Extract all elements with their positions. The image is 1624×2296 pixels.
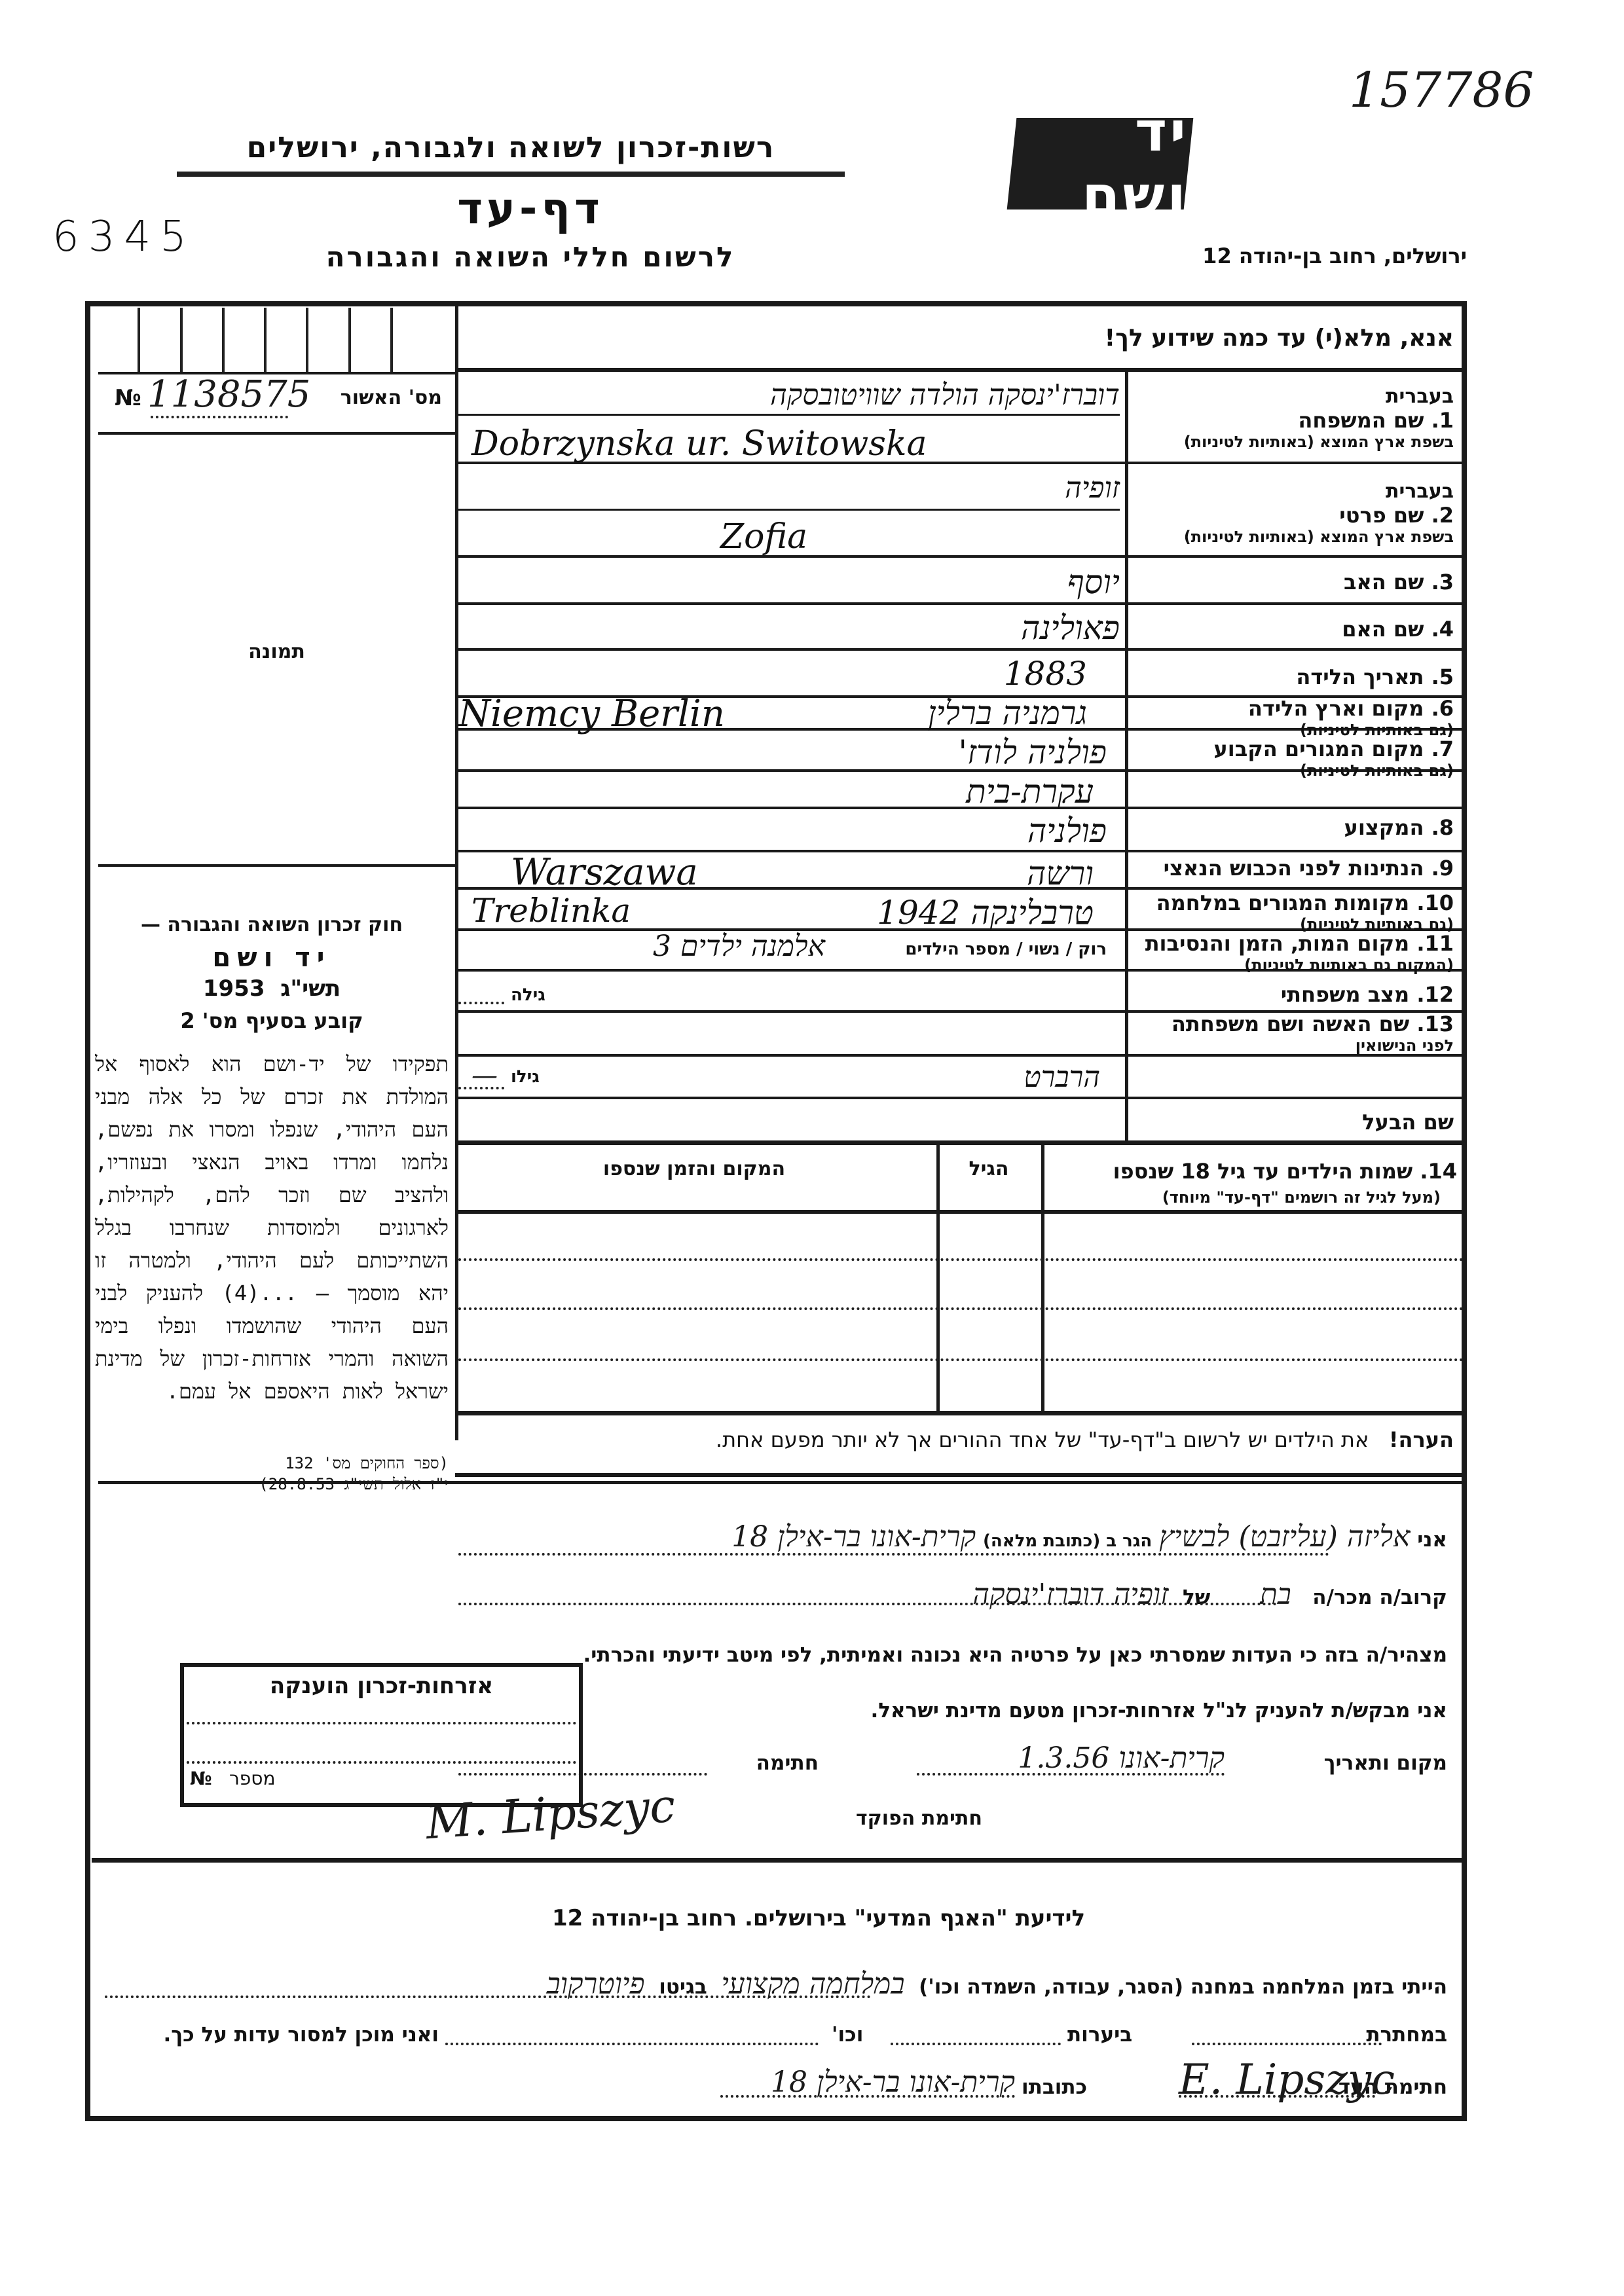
field-1-latin-value[interactable]: Dobrzynska ur. Switowska: [471, 424, 927, 464]
stamp-number-label: מספר: [229, 1768, 275, 1789]
logo-text: יד ושם: [1012, 100, 1189, 228]
row-line: [458, 555, 1464, 558]
decl-prefix: אני: [1417, 1528, 1447, 1552]
children-num: 14.: [1420, 1159, 1457, 1184]
children-bottom-rule: [455, 1411, 1467, 1415]
field-11-num: 11.: [1416, 931, 1454, 956]
field-12-num: 12.: [1416, 982, 1454, 1007]
children-col-divider: [1041, 1144, 1044, 1413]
law-body: תפקידו של יד-ושם הוא לאסוף אל המולדת את …: [95, 1048, 449, 1408]
stamp-box-line[interactable]: [187, 1722, 576, 1724]
row-line: [458, 602, 1464, 605]
witness-address-line: [720, 2095, 1015, 2098]
field-4-label: 4. שם האם: [1126, 617, 1454, 642]
declaration-line-1: אני אליזה (עליזבט) לבשיץ הגר ב (כתובת מל…: [731, 1520, 1447, 1554]
row-line: [458, 414, 1120, 416]
stamp-no-symbol: №: [190, 1768, 212, 1789]
row-line: [458, 648, 1464, 651]
code-boxes: [98, 308, 432, 373]
law-logo: יד ושם: [95, 943, 449, 973]
info-camp-label: הייתי בזמן המלחמה במחנה (הסגר, עבודה, הש…: [919, 1975, 1447, 1999]
field-13-title: שם האשה ושם משפחתה: [1172, 1011, 1409, 1036]
field-8-value[interactable]: עקרת-בית: [465, 773, 1094, 811]
field-3-label: 3. שם האב: [1126, 570, 1454, 594]
field-9-title: הנתינות לפני הכבוש הנאצי: [1164, 856, 1424, 881]
children-note: הערה! את הילדים יש לרשום ב"דף-עד" של אחד…: [465, 1427, 1454, 1452]
field-11-title: מקום המות, הזמן והנסיבות: [1145, 931, 1409, 956]
field-2-num: 2.: [1431, 503, 1454, 528]
field-2-latin-hint: בשפת ארץ המוצא (באותיות לטיניות): [1126, 528, 1454, 546]
note-label: הערה!: [1389, 1427, 1454, 1452]
field-13-age-label: גילה: [511, 985, 545, 1005]
certificate-underline: [151, 416, 288, 418]
decl-victim-name[interactable]: זופיה דוברז'ינסקה: [972, 1578, 1168, 1611]
field-10-label: 10. מקומות המגורים במלחמה(גם באותיות לטי…: [1126, 890, 1454, 934]
field-7-value[interactable]: פולניה לודז': [465, 733, 1107, 771]
header-rule: [177, 172, 845, 177]
row-line: [458, 509, 1120, 511]
field-3-title: שם האב: [1344, 570, 1424, 594]
field-1-latin-hint: בשפת ארץ המוצא (באותיות לטיניות): [1126, 433, 1454, 451]
organization-name: רשות-זכרון לשואה ולגבורה, ירושלים: [177, 131, 845, 164]
row-line: [458, 1097, 1464, 1099]
field-8-num: 8.: [1431, 815, 1454, 840]
children-header-rule: [458, 1210, 1464, 1214]
field-1-hebrew-value[interactable]: דוברז'ינסקה הולדה שוויטובסקה: [465, 378, 1120, 412]
field-4-value[interactable]: פאולינה: [465, 609, 1120, 647]
archive-number: 157786: [1349, 62, 1534, 118]
field-11-hint: (המקום גם באותיות לטיניות): [1126, 956, 1454, 974]
info-line-1-underline: [105, 1995, 871, 1998]
field-2-hebrew-value[interactable]: זופיה: [465, 471, 1120, 505]
field-7-label: 7. מקום המגורים הקבוע(גם באותיות לטיניות…: [1126, 737, 1454, 780]
field-6-label: 6. מקום וארץ הלידה(גם באותיות לטיניות): [1126, 696, 1454, 739]
children-col-divider: [936, 1144, 940, 1413]
left-panel-divider: [455, 304, 458, 1440]
field-2-hebrew-tag: בעברית: [1386, 480, 1454, 503]
underground-line[interactable]: [1192, 2043, 1382, 2045]
field-8-label: 8. המקצוע: [1126, 815, 1454, 840]
field-5-label: 5. תאריך הלידה: [1126, 665, 1454, 689]
field-10-title: מקומות המגורים במלחמה: [1156, 890, 1410, 915]
place-date-label: מקום ותאריך: [1324, 1751, 1447, 1775]
yad-vashem-logo: יד ושם: [1007, 118, 1194, 210]
signature-label: חתימה: [720, 1751, 819, 1775]
field-9-value[interactable]: פולניה: [465, 812, 1107, 850]
decl-relation-label: קרוב/ה מכר/ה: [1312, 1586, 1447, 1609]
header-address: ירושלים, רחוב בן-יהודה 12: [1008, 244, 1467, 268]
instruction-text: אנא, מלא(י) עד כמה שידוע לך!: [458, 309, 1454, 368]
certificate-rule: [98, 432, 455, 435]
field-13-age-line: [458, 1002, 504, 1004]
official-signature-label: חתימת הפוקד: [733, 1807, 982, 1830]
children-subtitle: (מעל לגיל זה רושמים "דף-עד" מיוחד): [1048, 1188, 1441, 1207]
field-9-num: 9.: [1431, 856, 1454, 881]
photo-rule: [98, 864, 455, 867]
decl-address-label: הגר ב (כתובת מלאה): [983, 1531, 1152, 1551]
field-4-title: שם האם: [1342, 617, 1424, 642]
law-ref-1: (ספר החוקים מס' 132: [95, 1453, 449, 1473]
law-section: קובע בסעיף מס' 2: [95, 1008, 449, 1033]
decl-relation-value[interactable]: בת: [1260, 1578, 1291, 1611]
field-11-latin-value[interactable]: Treblinka: [471, 892, 631, 930]
form-subtitle: לרשום חללי השואה והגבורה: [262, 241, 799, 273]
husband-name-value[interactable]: הרברט: [465, 1061, 1100, 1094]
children-row-line[interactable]: [458, 1307, 1464, 1310]
field-12-label: 12. מצב משפחתי: [1126, 982, 1454, 1007]
note-rule: [455, 1473, 1467, 1477]
children-col-place: המקום והזמן שנספו: [458, 1157, 930, 1180]
photo-area[interactable]: תמונה: [98, 435, 455, 867]
field-4-num: 4.: [1431, 617, 1454, 642]
declarant-address[interactable]: קרית-אונו בר-אילן 18: [731, 1520, 976, 1554]
field-1-hebrew-tag: בעברית: [1386, 385, 1454, 408]
declaration-line-4: אני מבקש/ת להעניק לנ"ל אזרחות-זכרון מטעם…: [870, 1699, 1447, 1722]
children-col-age: הגיל: [943, 1157, 1035, 1180]
declaration-line-2: קרוב/ה מכר/ה בת של זופיה דוברז'ינסקה: [972, 1578, 1447, 1611]
field-1-title: שם המשפחה: [1298, 408, 1424, 433]
field-12-value[interactable]: אלמנה ילדים 3: [458, 930, 825, 963]
field-3-num: 3.: [1431, 570, 1454, 594]
place-date-underline: [917, 1773, 1225, 1776]
field-5-num: 5.: [1431, 665, 1454, 689]
field-7-title: מקום המגורים הקבוע: [1213, 737, 1424, 761]
field-3-value[interactable]: יוסף: [465, 563, 1120, 601]
certificate-number[interactable]: 1138575: [147, 373, 310, 416]
info-heading: לידיעת "האגף המדעי" בירושלים. רחוב בן-יה…: [458, 1905, 1179, 1931]
field-1-num: 1.: [1431, 408, 1454, 433]
children-row-line[interactable]: [458, 1258, 1464, 1261]
field-12-printed-options: רוק / נשוי / מספר הילדים: [819, 939, 1107, 959]
decl-line-1-underline: [458, 1553, 1329, 1556]
field-8-title: המקצוע: [1344, 815, 1424, 840]
children-title-text: שמות הילדים עד גיל 18 שנספו: [1113, 1159, 1413, 1184]
certificate-label: מס' האשור: [298, 386, 442, 409]
law-ref-2: י"ז אלול תשי"ג 28.8.53): [95, 1474, 449, 1494]
stamp-box-title: אזרחות-זכרון הוענקה: [187, 1673, 576, 1699]
note-text: את הילדים יש לרשום ב"דף-עד" של אחד ההורי…: [716, 1427, 1369, 1452]
info-line-2-suffix: ואני מוכן למסור עדות על כך.: [98, 2023, 439, 2047]
field-10-latin-value[interactable]: Warszawa: [511, 851, 698, 894]
intro-rule: [455, 368, 1464, 372]
declaration-top-rule: [98, 1481, 1464, 1484]
field-13-label: 13. שם האשה ושם משפחתהלפני הנישואין: [1126, 1011, 1454, 1055]
photo-label: תמונה: [248, 640, 305, 663]
law-year-he: תשי"ג: [280, 975, 341, 1002]
children-title: 14. שמות הילדים עד גיל 18 שנספו: [1048, 1159, 1457, 1184]
field-13-hint: לפני הנישואין: [1126, 1036, 1454, 1055]
field-1-label: בעברית 1. שם המשפחה בשפת ארץ המוצא (באות…: [1126, 383, 1454, 451]
field-2-title: שם פרטי: [1339, 503, 1424, 528]
witness-address-value[interactable]: קרית-אונו בר-אילן 18: [720, 2066, 1015, 2099]
decl-line-2-underline: [458, 1603, 1277, 1605]
stamp-box-line[interactable]: [187, 1761, 576, 1764]
field-5-value[interactable]: 1883: [465, 655, 1087, 693]
law-year: תשי"ג 1953: [95, 975, 449, 1002]
forest-line[interactable]: [891, 2043, 1061, 2045]
field-10-num: 10.: [1416, 890, 1454, 915]
law-title: חוק זכרון השואה והגבורה —: [95, 913, 449, 936]
children-row-line[interactable]: [458, 1358, 1464, 1361]
law-year-greg: 1953: [203, 975, 265, 1002]
form-title: דף-עד: [367, 183, 694, 234]
info-top-rule: [92, 1858, 1464, 1863]
witness-address-label: כתובתו: [1022, 2075, 1087, 2099]
decl-of-label: של: [1183, 1586, 1210, 1609]
declaration-line-3: מצהיר/ה בזה כי העדות שמסרתי כאן על פרטיה…: [583, 1643, 1447, 1667]
field-6-num: 6.: [1431, 696, 1454, 721]
field-7-num: 7.: [1431, 737, 1454, 761]
field-11-label: 11. מקום המות, הזמן והנסיבות(המקום גם בא…: [1126, 931, 1454, 974]
field-7-hint: (גם באותיות לטיניות): [1126, 761, 1454, 780]
field-husband-label: שם הבעל: [1126, 1110, 1454, 1135]
witness-signature-line: [1179, 2095, 1375, 2098]
place-date-value[interactable]: קרית-אונו 1.3.56: [884, 1741, 1225, 1775]
field-5-title: תאריך הלידה: [1296, 665, 1424, 689]
etc-line[interactable]: [445, 2043, 819, 2045]
certificate-no-symbol: №: [115, 385, 141, 411]
field-9-label: 9. הנתינות לפני הכבוש הנאצי: [1126, 856, 1454, 881]
field-6-latin-value[interactable]: Niemcy Berlin: [458, 693, 725, 735]
field-2-label: בעברית 2. שם פרטי בשפת ארץ המוצא (באותיו…: [1126, 478, 1454, 546]
forest-label: ביערות: [1067, 2023, 1132, 2047]
field-6-title: מקום וארץ הלידה: [1248, 696, 1424, 721]
declarant-name[interactable]: אליזה (עליזבט) לבשיץ: [1159, 1520, 1410, 1554]
file-number: 6345: [52, 213, 196, 261]
field-12-title: מצב משפחתי: [1281, 982, 1409, 1007]
etc-label: וכו': [832, 2023, 863, 2047]
field-husband-title: שם הבעל: [1362, 1110, 1454, 1135]
field-2-latin-value[interactable]: Zofia: [720, 517, 807, 556]
section-rule: [455, 1140, 1467, 1145]
field-13-num: 13.: [1416, 1011, 1454, 1036]
